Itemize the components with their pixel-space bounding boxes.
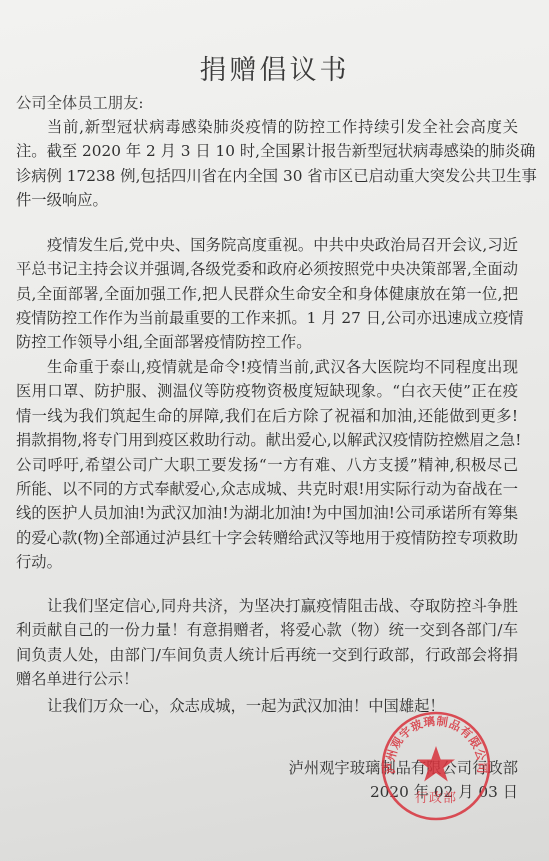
paragraph-line: 让我们万众一心，众志成城，一起为武汉加油！中国雄起！ [47, 696, 518, 716]
paragraph-line: 疫情发生后,党中央、国务院高度重视。中共中央政治局召开会议,习近 [47, 235, 518, 255]
paragraph-line: 医用口罩、防护服、测温仪等防疫物资极度短缺现象。“白衣天使”正在疫 [16, 381, 518, 401]
paragraph-line: 生命重于泰山,疫情就是命令!疫情当前,武汉各大医院均不同程度出现 [47, 357, 518, 377]
paragraph-line: 利贡献自己的一份力量！有意捐赠者，将爱心款（物）统一交到各部门/车 [16, 620, 518, 640]
paragraph-line: 员,全面部署,全面加强工作,把人民群众生命安全和身体健康放在第一位,把 [16, 284, 518, 304]
paragraph-line: 公司呼吁,希望公司广大职工要发扬“一方有难、八方支援”精神,积极尽己 [16, 455, 518, 475]
paragraph-line: 赠名单进行公示！ [16, 669, 518, 689]
paragraph-line: 件一级响应。 [16, 190, 518, 210]
paragraph-line: 所能、以不同的方式奉献爱心,众志成城、共克时艰!用实际行动为奋战在一 [16, 479, 518, 499]
salutation: 公司全体员工朋友: [16, 93, 518, 113]
paragraph-line: 防控工作领导小组,全面部署疫情防控工作。 [16, 332, 518, 352]
signature-organization: 泸州观宇玻璃制品有限公司行政部 [289, 758, 518, 778]
donation-proposal-document: 捐赠倡议书 公司全体员工朋友: 当前,新型冠状病毒感染肺炎疫情的防控工作持续引发… [0, 0, 549, 861]
paragraph-line: 当前,新型冠状病毒感染肺炎疫情的防控工作持续引发全社会高度关 [47, 117, 518, 137]
paragraph-line: 的爱心款(物)全部通过泸县红十字会转赠给武汉等地用于疫情防控专项救助 [16, 528, 518, 548]
paragraph-line: 让我们坚定信心,同舟共济，为坚决打赢疫情阻击战、夺取防控斗争胜 [47, 596, 518, 616]
paragraph-line: 捐款捐物,将专门用到疫区救助行动。献出爱心,以解武汉疫情防控燃眉之急! [16, 430, 518, 450]
paragraph-line: 平总书记主持会议并强调,各级党委和政府必须按照党中央决策部署,全面动 [16, 259, 518, 279]
paragraph-line: 注。截至 2020 年 2 月 3 日 10 时,全国累计报告新型冠状病毒感染的… [16, 141, 518, 161]
paragraph-line: 线的医护人员加油!为武汉加油!为湖北加油!为中国加油!公司承诺所有筹集 [16, 503, 518, 523]
paragraph-line: 诊病例 17238 例,包括四川省在内全国 30 省市区已启动重大突发公共卫生事 [16, 166, 518, 186]
paragraph-line: 间负责人处，由部门/车间负责人统计后再统一交到行政部，行政部会将捐 [16, 645, 518, 665]
paragraph-line: 疫情防控工作作为当前最重要的工作来抓。1 月 27 日,公司亦迅速成立疫情 [16, 308, 518, 328]
paragraph-line: 行动。 [16, 552, 518, 572]
document-title: 捐赠倡议书 [0, 48, 549, 87]
paragraph-line: 情一线为我们筑起生命的屏障,我们在后方除了祝福和加油,还能做到更多! [16, 406, 518, 426]
signature-date: 2020 年 02 月 03 日 [370, 782, 518, 802]
